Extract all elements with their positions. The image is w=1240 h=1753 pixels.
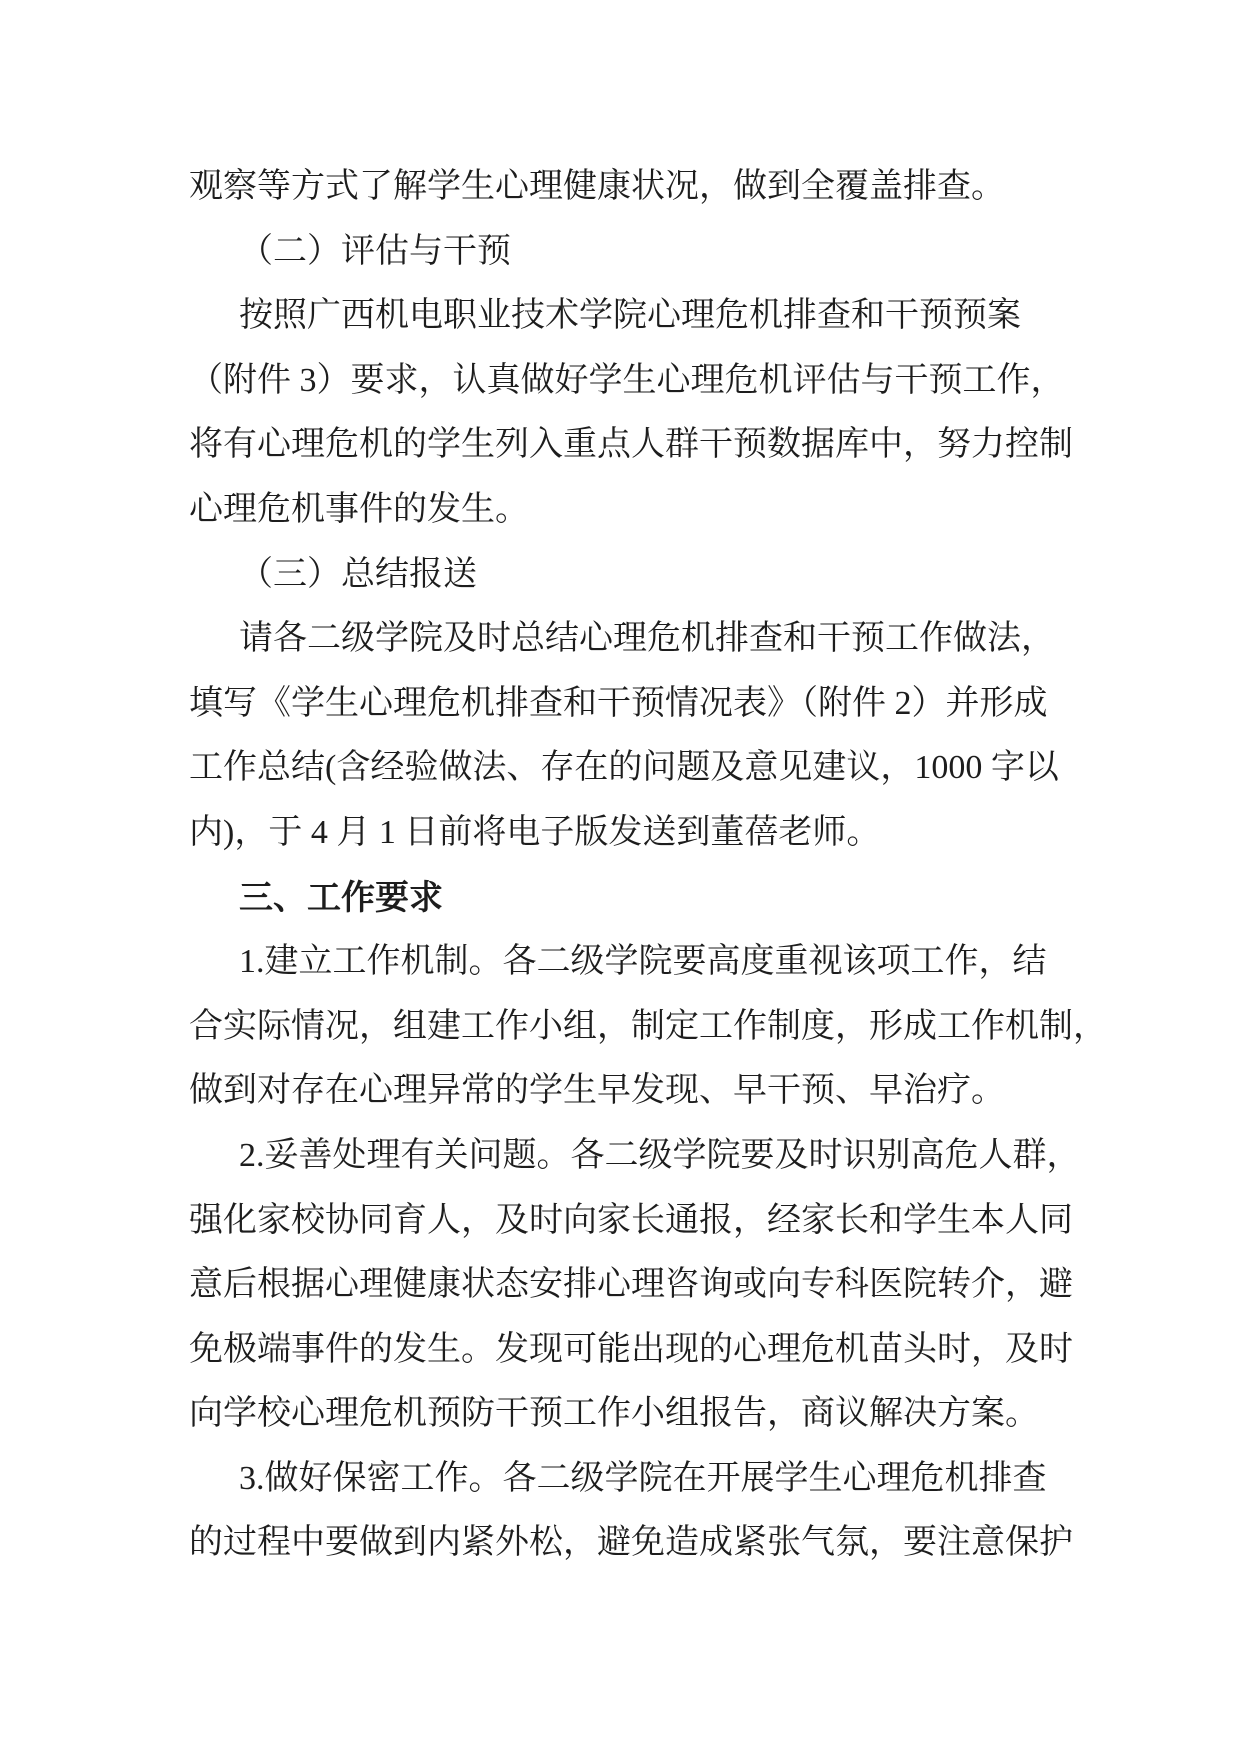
doc-line: 2.妥善处理有关问题。各二级学院要及时识别高危人群， [189, 1124, 1190, 1189]
doc-line: 向学校心理危机预防干预工作小组报告，商议解决方案。 [189, 1382, 1190, 1447]
subsection-heading-summary: （三）总结报送 [189, 543, 1190, 608]
doc-line: 心理危机事件的发生。 [189, 478, 1190, 543]
doc-line: 3.做好保密工作。各二级学院在开展学生心理危机排查 [189, 1447, 1190, 1512]
doc-line: （附件 3）要求，认真做好学生心理危机评估与干预工作， [189, 349, 1190, 414]
doc-line: 免极端事件的发生。发现可能出现的心理危机苗头时，及时 [189, 1318, 1190, 1383]
doc-line: 1.建立工作机制。各二级学院要高度重视该项工作，结 [189, 930, 1190, 995]
section-heading-work-requirements: 三、工作要求 [189, 866, 1190, 931]
doc-line: 请各二级学院及时总结心理危机排查和干预工作做法， [189, 607, 1190, 672]
doc-line: 填写《学生心理危机排查和干预情况表》（附件 2）并形成 [189, 672, 1190, 737]
doc-line: 内)，于 4 月 1 日前将电子版发送到董蓓老师。 [189, 801, 1190, 866]
subsection-heading-evaluation: （二）评估与干预 [189, 220, 1190, 285]
doc-line: 合实际情况，组建工作小组，制定工作制度，形成工作机制， [189, 995, 1190, 1060]
doc-line: 工作总结(含经验做法、存在的问题及意见建议，1000 字以 [189, 736, 1190, 801]
doc-line: 将有心理危机的学生列入重点人群干预数据库中，努力控制 [189, 413, 1190, 478]
doc-line: 意后根据心理健康状态安排心理咨询或向专科医院转介，避 [189, 1253, 1190, 1318]
doc-line: 的过程中要做到内紧外松，避免造成紧张气氛，要注意保护 [189, 1511, 1190, 1576]
doc-line: 按照广西机电职业技术学院心理危机排查和干预预案 [189, 284, 1190, 349]
doc-line: 观察等方式了解学生心理健康状况，做到全覆盖排查。 [189, 155, 1190, 220]
doc-line: 强化家校协同育人，及时向家长通报，经家长和学生本人同 [189, 1189, 1190, 1254]
doc-line: 做到对存在心理异常的学生早发现、早干预、早治疗。 [189, 1059, 1190, 1124]
document-page: 观察等方式了解学生心理健康状况，做到全覆盖排查。 （二）评估与干预 按照广西机电… [0, 0, 1240, 1753]
